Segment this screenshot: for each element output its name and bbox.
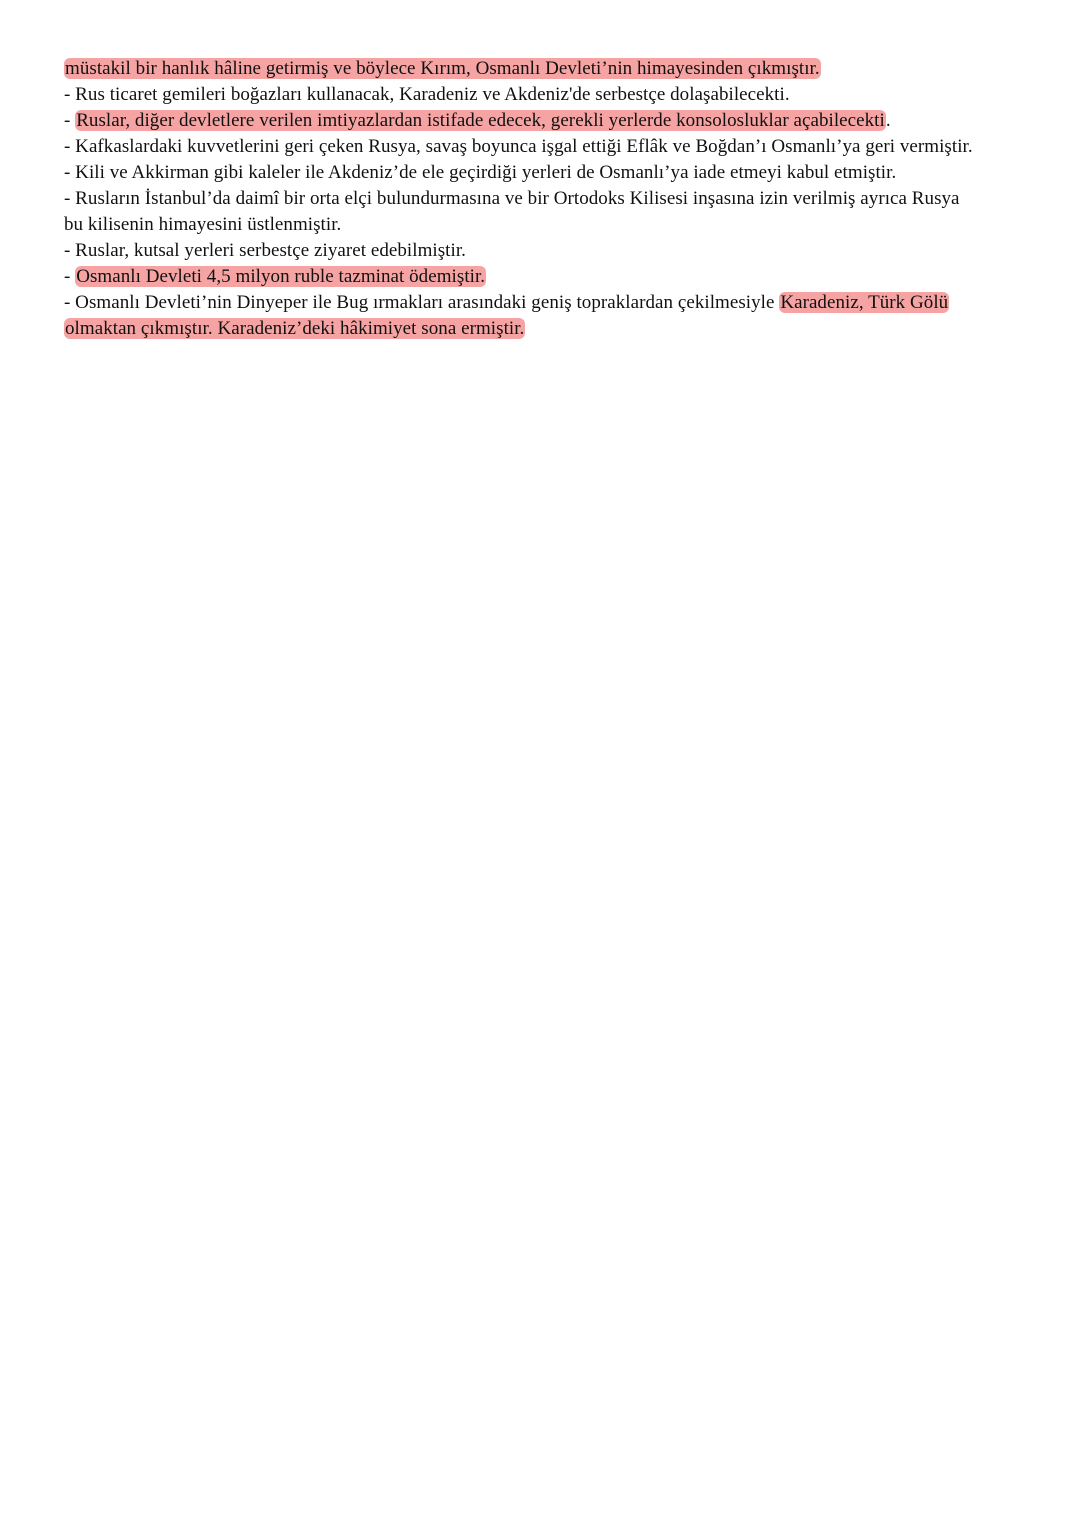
text-line: - Ruslar, kutsal yerleri serbestçe ziyar…: [64, 238, 1024, 264]
text-line: - Rus ticaret gemileri boğazları kullana…: [64, 82, 1024, 108]
text-segment: - Ruslar, kutsal yerleri serbestçe ziyar…: [64, 240, 466, 261]
highlighted-text: olmaktan çıkmıştır. Karadeniz’deki hâkim…: [64, 318, 525, 339]
text-segment: - Rusların İstanbul’da daimî bir orta el…: [64, 188, 960, 209]
highlighted-text: Ruslar, diğer devletlere verilen imtiyaz…: [75, 110, 886, 131]
highlighted-text: müstakil bir hanlık hâline getirmiş ve b…: [64, 58, 821, 79]
text-line: - Kili ve Akkirman gibi kaleler ile Akde…: [64, 160, 1024, 186]
text-line: - Osmanlı Devleti’nin Dinyeper ile Bug ı…: [64, 290, 1024, 316]
text-segment: -: [64, 266, 75, 287]
text-line: bu kilisenin himayesini üstlenmiştir.: [64, 212, 1024, 238]
text-line: - Rusların İstanbul’da daimî bir orta el…: [64, 186, 1024, 212]
text-segment: - Osmanlı Devleti’nin Dinyeper ile Bug ı…: [64, 292, 779, 313]
text-line: - Ruslar, diğer devletlere verilen imtiy…: [64, 108, 1024, 134]
text-segment: bu kilisenin himayesini üstlenmiştir.: [64, 214, 341, 235]
text-line: müstakil bir hanlık hâline getirmiş ve b…: [64, 56, 1024, 82]
document-page: müstakil bir hanlık hâline getirmiş ve b…: [64, 56, 1024, 342]
text-line: - Kafkaslardaki kuvvetlerini geri çeken …: [64, 134, 1024, 160]
text-segment: - Kafkaslardaki kuvvetlerini geri çeken …: [64, 136, 973, 157]
text-segment: .: [886, 110, 891, 131]
text-line: olmaktan çıkmıştır. Karadeniz’deki hâkim…: [64, 316, 1024, 342]
text-segment: - Rus ticaret gemileri boğazları kullana…: [64, 84, 790, 105]
highlighted-text: Karadeniz, Türk Gölü: [779, 292, 949, 313]
text-line: - Osmanlı Devleti 4,5 milyon ruble tazmi…: [64, 264, 1024, 290]
text-segment: -: [64, 110, 75, 131]
highlighted-text: Osmanlı Devleti 4,5 milyon ruble tazmina…: [75, 266, 486, 287]
text-segment: - Kili ve Akkirman gibi kaleler ile Akde…: [64, 162, 896, 183]
